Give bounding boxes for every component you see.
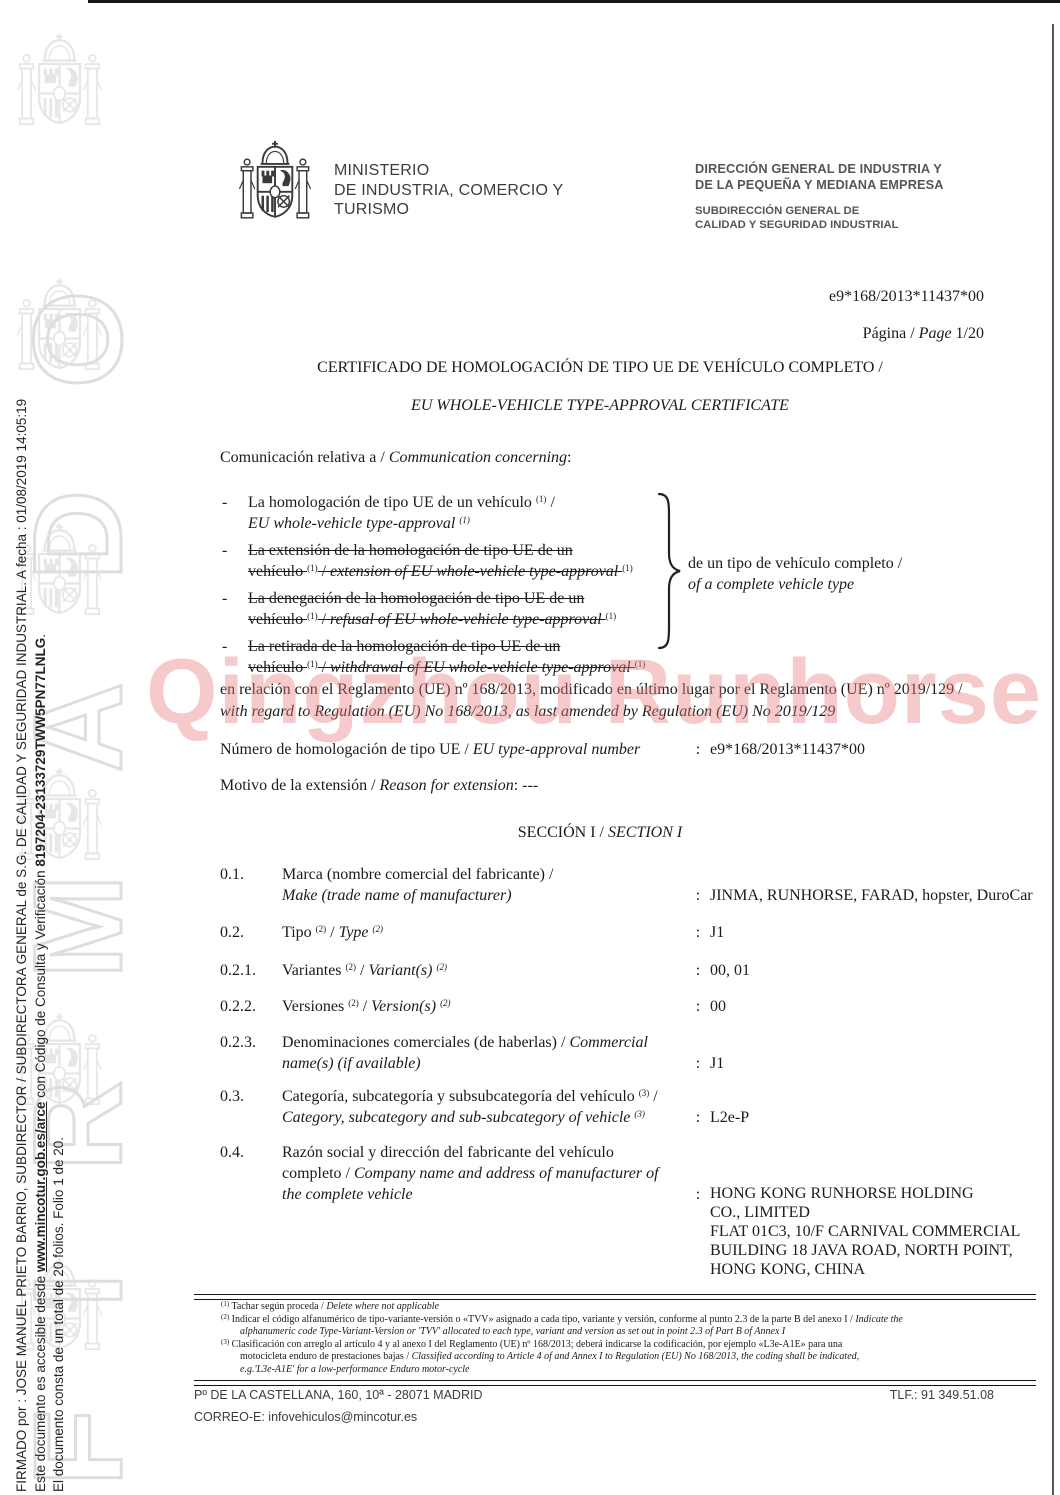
approval-number-value: e9*168/2013*11437*00 — [710, 741, 865, 759]
certificate-title-en: EU WHOLE-VEHICLE TYPE-APPROVAL CERTIFICA… — [150, 397, 1050, 415]
certificate-title-es: CERTIFICADO DE HOMOLOGACIÓN DE TIPO UE D… — [150, 359, 1050, 377]
field-value-manufacturer: HONG KONG RUNHORSE HOLDING CO., LIMITED … — [710, 1142, 1040, 1279]
field-value-versions: 00 — [710, 996, 1040, 1017]
footnote-3: (3) Clasificación con arreglo al artícul… — [221, 1339, 1053, 1352]
ministry-name: MINISTERIO DE INDUSTRIA, COMERCIO Y TURI… — [334, 161, 563, 220]
footer-address-row: Pº DE LA CASTELLANA, 160, 10ª - 28071 MA… — [194, 1388, 994, 1402]
comm-item-refusal: - La denegación de la homologación de ti… — [222, 588, 672, 630]
verification-info-line: Este documento es accesible desde www.mi… — [33, 634, 48, 1492]
field-row-0-2-1: 0.2.1. Variantes (2) / Variant(s) (2) : … — [220, 960, 1040, 981]
approval-number-top: e9*168/2013*11437*00 — [829, 288, 984, 306]
footer-address: Pº DE LA CASTELLANA, 160, 10ª - 28071 MA… — [194, 1388, 483, 1402]
field-value-variants: 00, 01 — [710, 960, 1040, 981]
footnote-2: (2) Indicar el código alfanumérico de ti… — [221, 1314, 1053, 1327]
comm-item-withdrawal: - La retirada de la homologación de tipo… — [222, 636, 672, 678]
brace-icon — [653, 491, 683, 651]
signature-info-line: FIRMADO por : JOSE MANUEL PRIETO BARRIO,… — [14, 399, 29, 1492]
footer-phone: TLF.: 91 349.51.08 — [890, 1388, 994, 1402]
brace-caption: de un tipo de vehículo completo / of a c… — [688, 553, 902, 595]
directorate-block: DIRECCIÓN GENERAL DE INDUSTRIA Y DE LA P… — [695, 161, 944, 232]
section-1-title: SECCIÓN I / SECTION I — [150, 824, 1050, 842]
extension-reason-row: Motivo de la extensión / Reason for exte… — [220, 777, 538, 795]
spain-coat-of-arms-icon — [236, 138, 314, 238]
scan-top-border — [88, 0, 1060, 3]
comm-item-approval: - La homologación de tipo UE de un vehíc… — [222, 492, 672, 534]
comm-item-extension: - La extensión de la homologación de tip… — [222, 540, 672, 582]
footer-email: CORREO-E: infovehiculos@mincotur.es — [194, 1410, 417, 1424]
footnote-1: (1) Tachar según proceda / Delete where … — [221, 1301, 1053, 1314]
field-row-0-4: 0.4. Razón social y dirección del fabric… — [220, 1142, 1040, 1279]
scan-right-border — [1052, 24, 1054, 1495]
footnote-separator-bottom — [194, 1380, 1036, 1386]
verification-code: 8197204-23133729TWW5PN77LNLG — [33, 638, 48, 867]
verification-url: www.mincotur.gob.es/arce — [33, 1102, 48, 1273]
regulation-paragraph: en relación con el Reglamento (UE) nº 16… — [220, 679, 1040, 722]
approval-number-row: Número de homologación de tipo UE / EU t… — [220, 741, 865, 759]
field-value-type: J1 — [710, 922, 1040, 943]
field-value-make: JINMA, RUNHORSE, FARAD, hopster, DuroCar — [710, 864, 1040, 906]
field-value-category: L2e-P — [710, 1086, 1040, 1128]
communication-list: - La homologación de tipo UE de un vehíc… — [222, 492, 672, 684]
folio-info-line: El documento consta de un total de 20 fo… — [51, 1137, 66, 1492]
field-row-0-2: 0.2. Tipo (2) / Type (2) : J1 — [220, 922, 1040, 943]
footnotes: (1) Tachar según proceda / Delete where … — [221, 1301, 1053, 1377]
footnote-separator-top — [194, 1294, 1036, 1300]
page-number: Página / Page 1/20 — [863, 325, 984, 343]
communication-intro: Comunicación relativa a / Communication … — [220, 449, 571, 467]
field-row-0-3: 0.3. Categoría, subcategoría y subsubcat… — [220, 1086, 1040, 1128]
field-value-commercial-name: J1 — [710, 1032, 1040, 1074]
field-row-0-2-3: 0.2.3. Denominaciones comerciales (de ha… — [220, 1032, 1040, 1074]
certificate-page: FIRMADO FIRMADO por : JOSE MANUEL PRIETO… — [0, 0, 1060, 1495]
field-row-0-1: 0.1. Marca (nombre comercial del fabrica… — [220, 864, 1040, 906]
field-row-0-2-2: 0.2.2. Versiones (2) / Version(s) (2) : … — [220, 996, 1040, 1017]
